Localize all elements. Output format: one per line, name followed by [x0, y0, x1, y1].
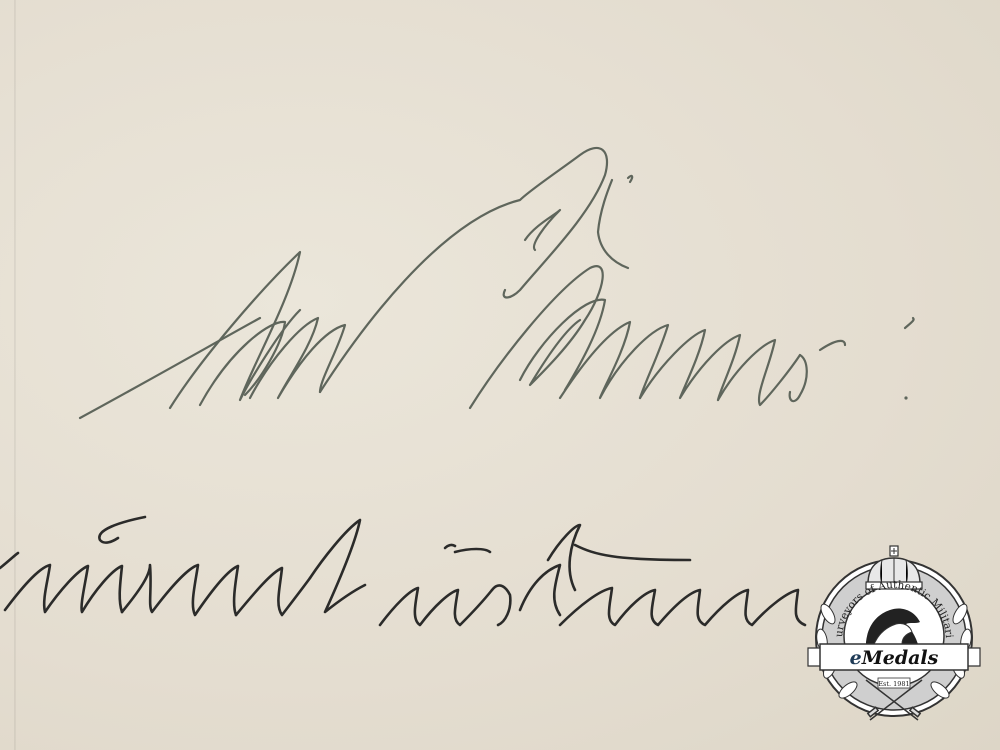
established-text: Est. 1981 — [878, 680, 909, 688]
emedals-emblem: Purveyors of Authentic Militaria eMedals — [806, 544, 982, 724]
brand-banner: eMedals — [808, 644, 980, 670]
emedals-watermark-logo: Purveyors of Authentic Militaria eMedals — [806, 544, 982, 724]
document-page: ​ von Hanau ...tenant und Komm... — [0, 0, 1000, 750]
brand-name: eMedals — [850, 647, 939, 669]
